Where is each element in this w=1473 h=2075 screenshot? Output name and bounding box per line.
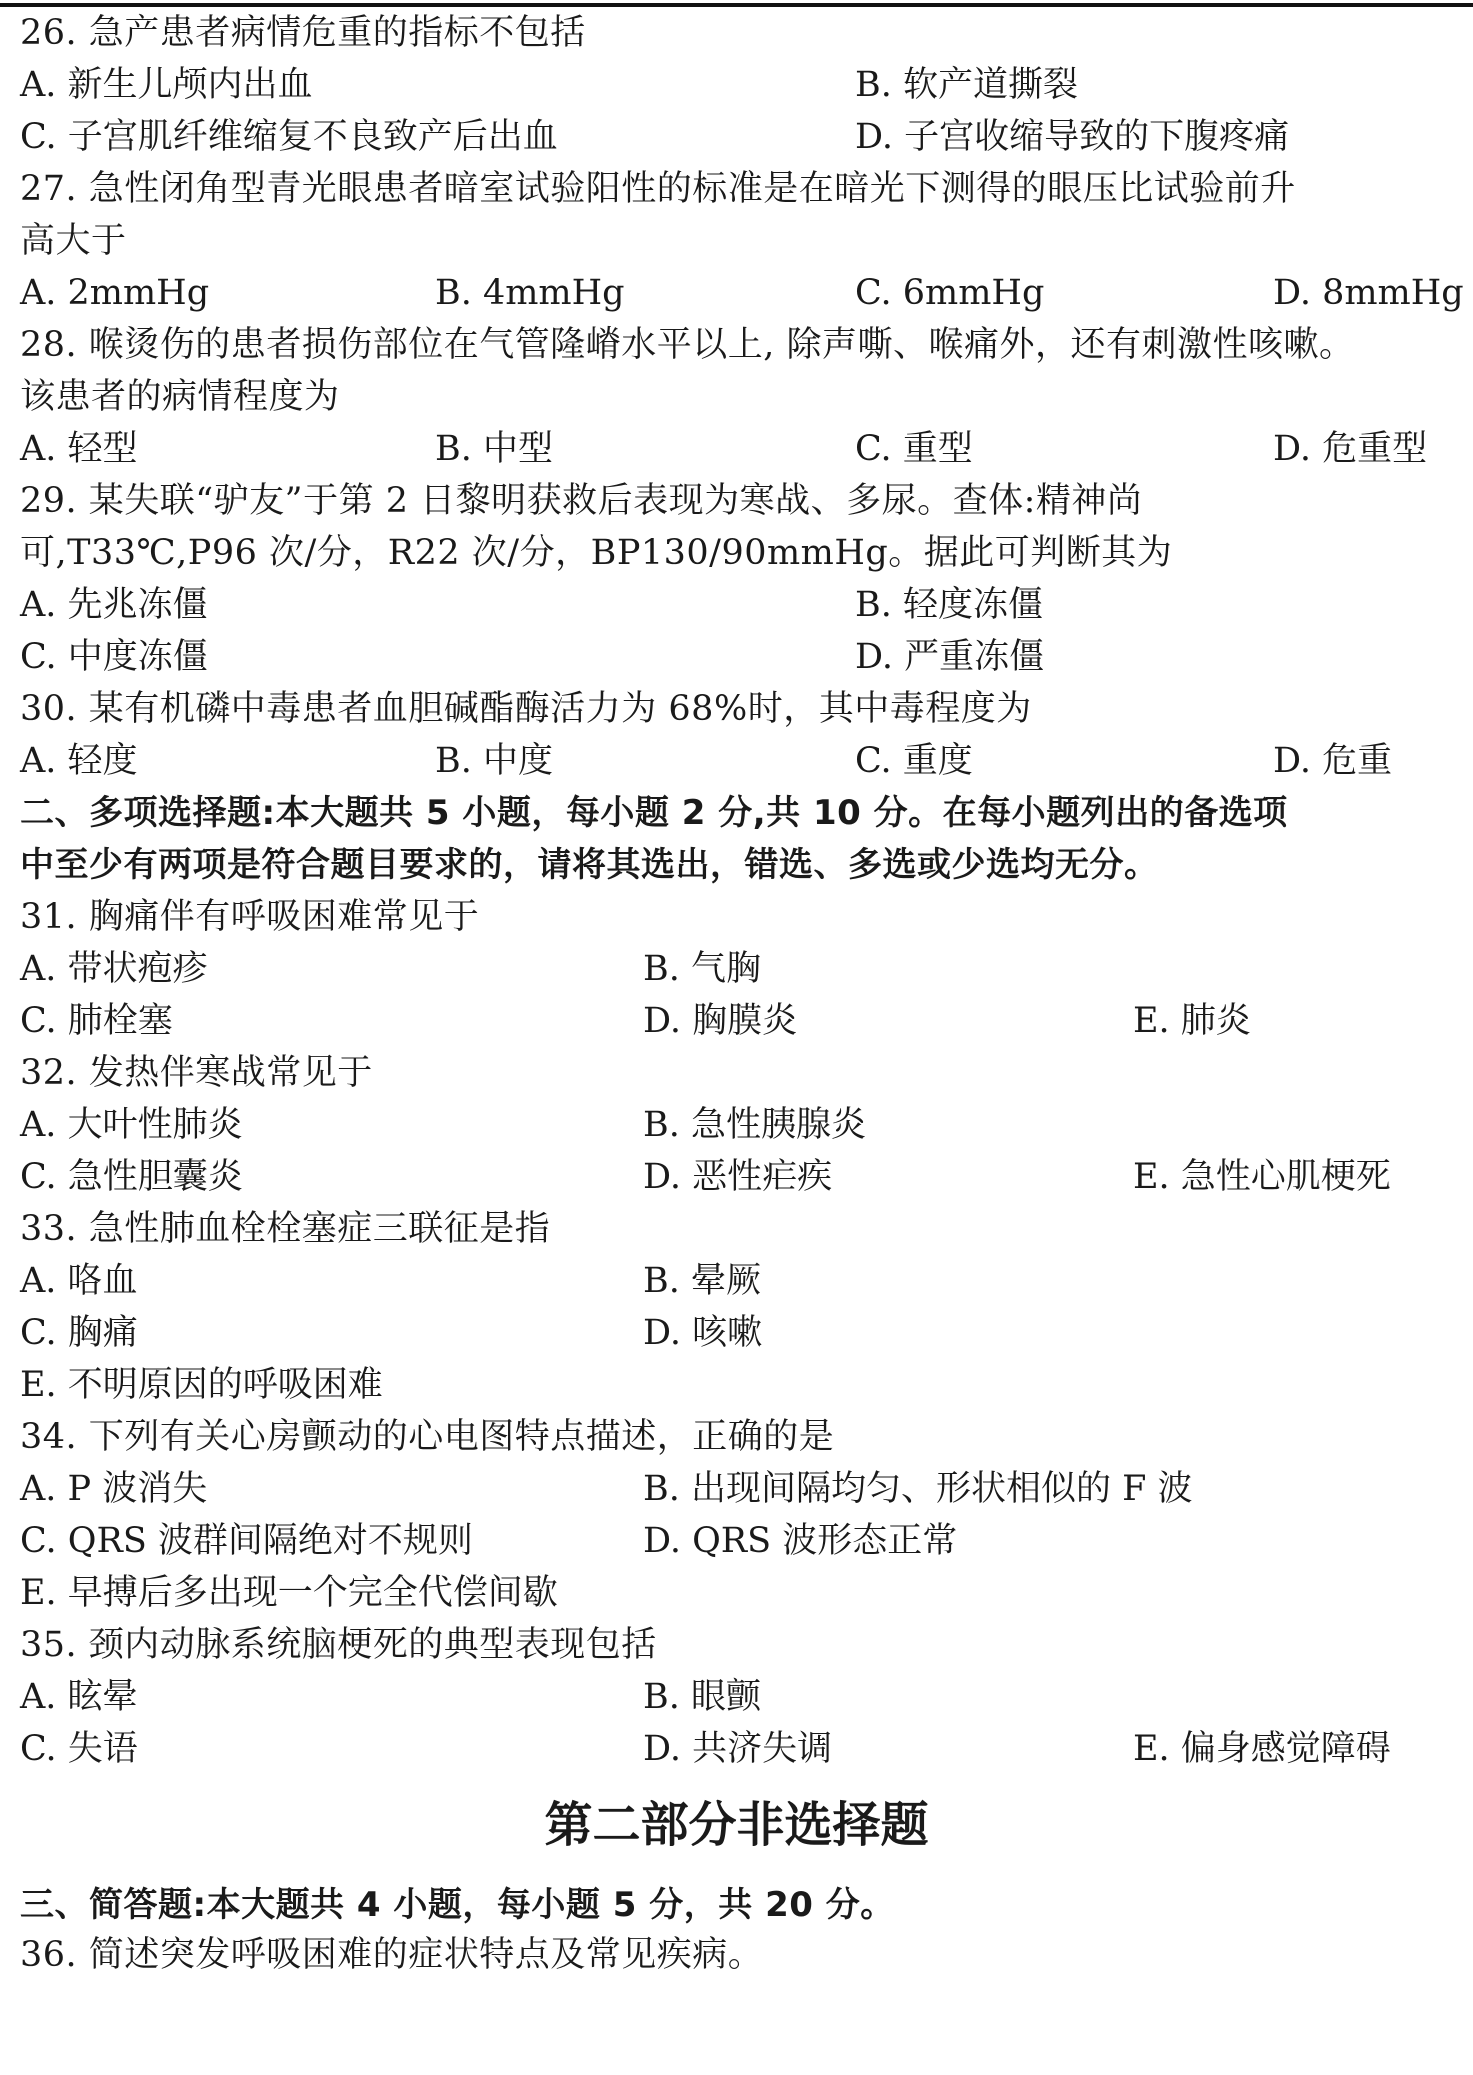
q26-option-a: A. 新生儿颅内出血 (20, 60, 313, 110)
question-36-stem: 36. 简述突发呼吸困难的症状特点及常见疾病。 (20, 1930, 763, 1980)
question-30-stem: 30. 某有机磷中毒患者血胆碱酯酶活力为 68%时，其中毒程度为 (20, 684, 1032, 734)
q34-option-a: A. P 波消失 (20, 1464, 207, 1514)
section-3-heading: 三、简答题:本大题共 4 小题，每小题 5 分，共 20 分。 (20, 1880, 895, 1930)
q26-option-b: B. 软产道撕裂 (855, 60, 1078, 110)
question-27-stem-line2: 高大于 (20, 216, 127, 266)
q27-option-c: C. 6mmHg (855, 268, 1044, 318)
q33-option-e: E. 不明原因的呼吸困难 (20, 1360, 383, 1410)
q29-option-a: A. 先兆冻僵 (20, 580, 208, 630)
q34-option-c: C. QRS 波群间隔绝对不规则 (20, 1516, 473, 1566)
part-2-title: 第二部分非选择题 (0, 1795, 1473, 1855)
q32-option-c: C. 急性胆囊炎 (20, 1152, 243, 1202)
question-28-stem-line2: 该患者的病情程度为 (20, 372, 340, 422)
q33-option-a: A. 咯血 (20, 1256, 138, 1306)
q32-option-d: D. 恶性疟疾 (643, 1152, 832, 1202)
q27-option-b: B. 4mmHg (435, 268, 625, 318)
q35-option-d: D. 共济失调 (643, 1724, 832, 1774)
q28-option-a: A. 轻型 (20, 424, 138, 474)
section-2-heading-line1: 二、多项选择题:本大题共 5 小题，每小题 2 分,共 10 分。在每小题列出的… (20, 788, 1288, 838)
q30-option-b: B. 中度 (435, 736, 553, 786)
question-29-stem-line1: 29. 某失联“驴友”于第 2 日黎明获救后表现为寒战、多尿。查体:精神尚 (20, 476, 1142, 526)
q26-option-d: D. 子宫收缩导致的下腹疼痛 (855, 112, 1289, 162)
q35-option-a: A. 眩晕 (20, 1672, 138, 1722)
q28-option-b: B. 中型 (435, 424, 553, 474)
q31-option-e: E. 肺炎 (1133, 996, 1251, 1046)
section-2-heading-line2: 中至少有两项是符合题目要求的，请将其选出，错选、多选或少选均无分。 (20, 840, 1159, 890)
q29-option-c: C. 中度冻僵 (20, 632, 208, 682)
q28-option-c: C. 重型 (855, 424, 973, 474)
q29-option-b: B. 轻度冻僵 (855, 580, 1043, 630)
q31-option-d: D. 胸膜炎 (643, 996, 797, 1046)
q28-option-d: D. 危重型 (1273, 424, 1427, 474)
q29-option-d: D. 严重冻僵 (855, 632, 1044, 682)
q34-option-e: E. 早搏后多出现一个完全代偿间歇 (20, 1568, 558, 1618)
q31-option-b: B. 气胸 (643, 944, 761, 994)
q27-option-a: A. 2mmHg (20, 268, 209, 318)
q33-option-b: B. 晕厥 (643, 1256, 761, 1306)
q26-option-c: C. 子宫肌纤维缩复不良致产后出血 (20, 112, 558, 162)
q31-option-a: A. 带状疱疹 (20, 944, 208, 994)
question-27-stem-line1: 27. 急性闭角型青光眼患者暗室试验阳性的标准是在暗光下测得的眼压比试验前升 (20, 164, 1296, 214)
q35-option-e: E. 偏身感觉障碍 (1133, 1724, 1391, 1774)
question-34-stem: 34. 下列有关心房颤动的心电图特点描述，正确的是 (20, 1412, 834, 1462)
q35-option-c: C. 失语 (20, 1724, 138, 1774)
q32-option-a: A. 大叶性肺炎 (20, 1100, 243, 1150)
q31-option-c: C. 肺栓塞 (20, 996, 173, 1046)
q27-option-d: D. 8mmHg (1273, 268, 1464, 318)
q32-option-b: B. 急性胰腺炎 (643, 1100, 866, 1150)
q30-option-c: C. 重度 (855, 736, 973, 786)
q30-option-a: A. 轻度 (20, 736, 138, 786)
top-border-line (0, 3, 1473, 7)
q32-option-e: E. 急性心肌梗死 (1133, 1152, 1391, 1202)
q34-option-d: D. QRS 波形态正常 (643, 1516, 957, 1566)
question-35-stem: 35. 颈内动脉系统脑梗死的典型表现包括 (20, 1620, 657, 1670)
q34-option-b: B. 出现间隔均匀、形状相似的 F 波 (643, 1464, 1193, 1514)
q35-option-b: B. 眼颤 (643, 1672, 761, 1722)
q30-option-d: D. 危重 (1273, 736, 1392, 786)
question-33-stem: 33. 急性肺血栓栓塞症三联征是指 (20, 1204, 550, 1254)
question-26-stem: 26. 急产患者病情危重的指标不包括 (20, 8, 586, 58)
question-31-stem: 31. 胸痛伴有呼吸困难常见于 (20, 892, 479, 942)
question-28-stem-line1: 28. 喉烫伤的患者损伤部位在气管隆嵴水平以上, 除声嘶、喉痛外，还有刺激性咳嗽… (20, 320, 1355, 370)
q33-option-c: C. 胸痛 (20, 1308, 138, 1358)
q33-option-d: D. 咳嗽 (643, 1308, 762, 1358)
question-29-stem-line2: 可,T33℃,P96 次/分，R22 次/分，BP130/90mmHg。据此可判… (20, 528, 1172, 578)
question-32-stem: 32. 发热伴寒战常见于 (20, 1048, 373, 1098)
